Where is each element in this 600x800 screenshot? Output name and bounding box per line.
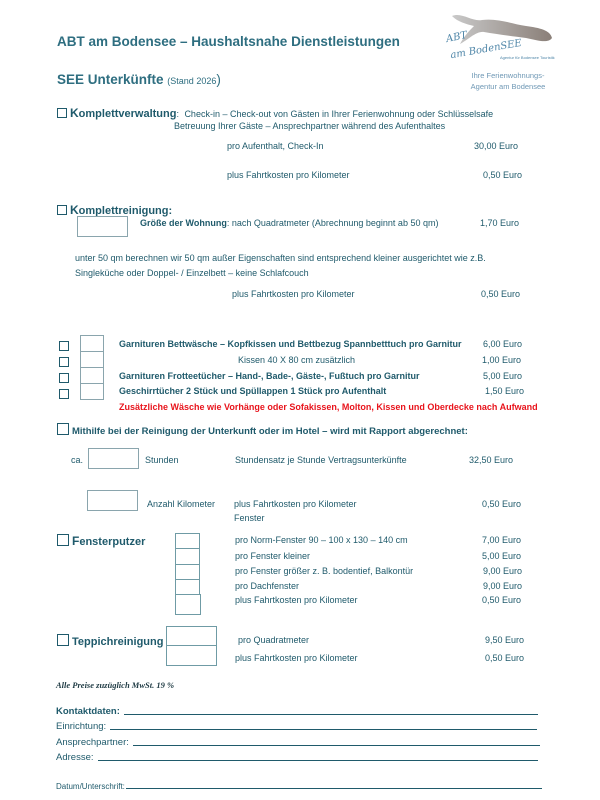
adresse-line[interactable] — [98, 752, 539, 761]
waesche-qty-input-3[interactable] — [80, 367, 104, 384]
waesche-qty-input-1[interactable] — [80, 335, 104, 352]
teppich-qty-input-2[interactable] — [166, 645, 217, 666]
waesche-item-price: 5,00 Euro — [483, 371, 522, 381]
wohnungsgroesse-input[interactable] — [77, 216, 128, 237]
mithilfe-travel-price: 0,50 Euro — [482, 499, 521, 509]
einrichtung-line[interactable] — [110, 721, 537, 730]
mithilfe-km-label: Anzahl Kilometer — [147, 499, 215, 509]
komplettverwaltung-travel-label: plus Fahrtkosten pro Kilometer — [227, 170, 350, 180]
ansprechpartner-line[interactable] — [133, 737, 540, 746]
teppich-item-label: pro Quadratmeter — [238, 635, 309, 645]
waesche-item-label: Kissen 40 X 80 cm zusätzlich — [238, 355, 355, 365]
komplettverwaltung-desc1: Check-in – Check-out von Gästen in Ihrer… — [184, 109, 493, 119]
komplettverwaltung-title: Komplettverwaltung — [70, 108, 176, 120]
waesche-item-label: Garnituren Bettwäsche – Kopfkissen und B… — [119, 339, 462, 349]
datum-unterschrift-field[interactable]: Datum/Unterschrift: — [56, 782, 542, 791]
fenster-qty-input-3[interactable] — [175, 564, 200, 580]
komplettreinigung-checkbox[interactable] — [57, 205, 67, 215]
logo-sub1: Ihre Ferienwohnungs- — [448, 70, 568, 81]
mithilfe-trailing-text: Fenster — [234, 513, 265, 523]
datum-unterschrift-line[interactable] — [126, 782, 542, 789]
adresse-label: Adresse: — [56, 752, 94, 763]
fenster-qty-input-5[interactable] — [175, 594, 201, 615]
teppich-qty-input-1[interactable] — [166, 626, 217, 647]
fenster-item-price: 5,00 Euro — [482, 551, 521, 561]
ansprechpartner-label: Ansprechpartner: — [56, 737, 129, 748]
fenster-item-price: 9,00 Euro — [483, 566, 522, 576]
section-fensterputzer: Fensterputzer — [57, 532, 145, 550]
subtitle-close: ) — [216, 72, 221, 87]
document-subtitle: SEE Unterkünfte (Stand 2026) — [57, 72, 221, 87]
waesche-item-price: 6,00 Euro — [483, 339, 522, 349]
mithilfe-checkbox[interactable] — [57, 423, 69, 435]
komplettverwaltung-travel-price: 0,50 Euro — [483, 170, 522, 180]
waesche-item-label: Garnituren Frotteetücher – Hand-, Bade-,… — [119, 371, 420, 381]
fenster-item-label: pro Norm-Fenster 90 – 100 x 130 – 140 cm — [235, 535, 408, 545]
fenster-travel-price: 0,50 Euro — [482, 595, 521, 605]
section-komplettverwaltung: Komplettverwaltung: Check-in – Check-out… — [57, 104, 493, 122]
waesche-qty-input-2[interactable] — [80, 351, 104, 368]
fenster-qty-input-2[interactable] — [175, 548, 200, 565]
einrichtung-field[interactable]: Einrichtung: — [56, 721, 537, 732]
mithilfe-hours-input[interactable] — [88, 448, 139, 469]
mithilfe-title: Mithilfe bei der Reinigung der Unterkunf… — [72, 426, 468, 437]
document-title: ABT am Bodensee – Haushaltsnahe Dienstle… — [57, 34, 400, 49]
fensterputzer-checkbox[interactable] — [57, 534, 69, 546]
komplettverwaltung-item-label: pro Aufenthalt, Check-In — [227, 141, 324, 151]
wohnungsgroesse-price: 1,70 Euro — [480, 218, 519, 228]
subtitle-stand: (Stand 2026 — [167, 76, 216, 86]
waesche-item-label: Geschirrtücher 2 Stück und Spüllappen 1 … — [119, 386, 386, 396]
logo-sub2: Agentur am Bodensee — [448, 81, 568, 92]
teppich-travel-label: plus Fahrtkosten pro Kilometer — [235, 653, 358, 663]
section-teppichreinigung: Teppichreinigung — [57, 632, 163, 650]
teppich-travel-price: 0,50 Euro — [485, 653, 524, 663]
einrichtung-label: Einrichtung: — [56, 721, 106, 732]
komplettreinigung-travel-label: plus Fahrtkosten pro Kilometer — [232, 289, 355, 299]
komplettverwaltung-desc2: Betreuung Ihrer Gäste – Ansprechpartner … — [174, 121, 445, 131]
vat-note: Alle Preise zuzüglich MwSt. 19 % — [56, 680, 174, 690]
fensterputzer-title: Fensterputzer — [72, 536, 145, 548]
mithilfe-rate-label: Stundensatz je Stunde Vertragsunterkünft… — [235, 455, 407, 465]
komplettverwaltung-item-price: 30,00 Euro — [474, 141, 518, 151]
fenster-item-label: pro Dachfenster — [235, 581, 299, 591]
kontaktdaten-label: Kontaktdaten: — [56, 706, 120, 717]
logo-subtext: Ihre Ferienwohnungs- Agentur am Bodensee — [448, 70, 568, 92]
waesche-extra-note: Zusätzliche Wäsche wie Vorhänge oder Sof… — [119, 402, 538, 412]
komplettreinigung-travel-price: 0,50 Euro — [481, 289, 520, 299]
teppich-title: Teppichreinigung — [72, 636, 163, 648]
fenster-travel-label: plus Fahrtkosten pro Kilometer — [235, 595, 358, 605]
section-mithilfe: Mithilfe bei der Reinigung der Unterkunf… — [57, 421, 468, 439]
company-logo: ABT am BodenSEE Agentur für Bodensee Tou… — [438, 8, 578, 98]
ansprechpartner-field[interactable]: Ansprechpartner: — [56, 737, 540, 748]
mithilfe-ca-label: ca. — [71, 455, 83, 465]
mithilfe-travel-label: plus Fahrtkosten pro Kilometer — [234, 499, 357, 509]
waesche-item-price: 1,00 Euro — [482, 355, 521, 365]
fenster-item-price: 7,00 Euro — [482, 535, 521, 545]
adresse-field[interactable]: Adresse: — [56, 752, 538, 763]
kontaktdaten-field[interactable]: Kontaktdaten: — [56, 706, 538, 717]
subtitle-text: SEE Unterkünfte — [57, 72, 164, 87]
komplettreinigung-note2: Singleküche oder Doppel- / Einzelbett – … — [75, 268, 309, 278]
mithilfe-hours-label: Stunden — [145, 455, 179, 465]
waesche-checkbox-4[interactable] — [59, 385, 72, 403]
kontaktdaten-line[interactable] — [124, 706, 538, 715]
datum-unterschrift-label: Datum/Unterschrift: — [56, 782, 125, 791]
waesche-qty-input-4[interactable] — [80, 383, 104, 400]
teppich-item-price: 9,50 Euro — [485, 635, 524, 645]
logo-tagline: Agentur für Bodensee Touristik — [500, 55, 555, 60]
fenster-item-label: pro Fenster größer z. B. bodentief, Balk… — [235, 566, 413, 576]
waesche-item-price: 1,50 Euro — [485, 386, 524, 396]
komplettverwaltung-checkbox[interactable] — [57, 108, 67, 118]
fenster-item-label: pro Fenster kleiner — [235, 551, 310, 561]
fenster-qty-input-4[interactable] — [175, 579, 200, 595]
mithilfe-km-input[interactable] — [87, 490, 138, 511]
teppich-checkbox[interactable] — [57, 634, 69, 646]
mithilfe-rate-price: 32,50 Euro — [469, 455, 513, 465]
komplettreinigung-note1: unter 50 qm berechnen wir 50 qm außer Ei… — [75, 253, 486, 263]
wohnungsgroesse-label: Größe der Wohnung: nach Quadratmeter (Ab… — [140, 218, 438, 228]
fenster-item-price: 9,00 Euro — [483, 581, 522, 591]
